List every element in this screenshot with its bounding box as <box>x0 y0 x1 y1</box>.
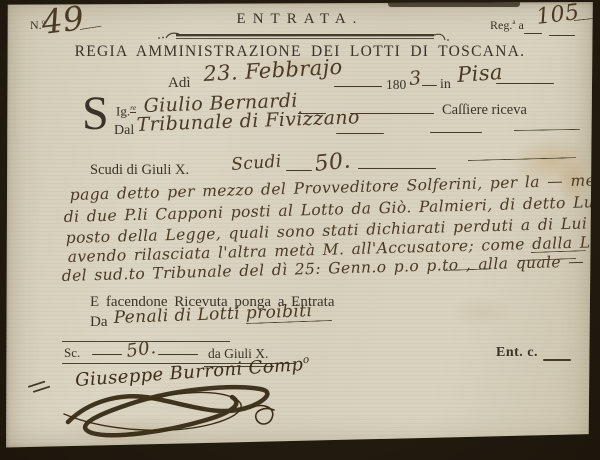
fill-line <box>543 359 571 361</box>
fill-line <box>92 354 122 355</box>
register-label-text: Reg. <box>490 18 512 32</box>
fill-line <box>514 129 580 131</box>
total-sc-label: Sc. <box>64 345 80 361</box>
ent-label: Ent. c. <box>496 345 538 361</box>
paraph-mark <box>33 385 51 392</box>
fill-line <box>158 354 198 355</box>
amount-hand-word: Scudi <box>231 152 283 175</box>
date-year-printed: 180 <box>386 77 406 93</box>
fill-line <box>549 35 575 36</box>
amount-printed-label: Scudi di Giuli X. <box>90 162 189 179</box>
scanned-document-frame: N.o 49 ENTRATA. Reg.a a 105 REGIA AMMINI… <box>0 0 600 460</box>
from-label: Dal <box>114 123 134 139</box>
fill-line <box>422 85 437 86</box>
register-label-a: a <box>518 18 523 32</box>
fill-line <box>358 168 436 169</box>
paper-stain <box>446 297 516 327</box>
date-year-hand: 3 <box>408 67 422 90</box>
fill-line <box>468 157 576 161</box>
sig-label: Ig.re <box>116 103 136 119</box>
receipt-paper: N.o 49 ENTRATA. Reg.a a 105 REGIA AMMINI… <box>6 2 594 448</box>
date-prefix: Adì <box>168 75 191 92</box>
total-sc-value: 50. <box>125 337 157 362</box>
sig-label-sup: re <box>130 103 136 113</box>
signature-name-sup: o <box>303 354 310 366</box>
account-label: Da <box>90 314 108 331</box>
top-edge-smudge <box>388 2 520 7</box>
sig-label-text: Ig. <box>116 103 130 118</box>
register-label: Reg.a a <box>490 18 524 33</box>
signature-flourish <box>54 382 290 442</box>
fill-line <box>524 33 542 34</box>
dropcap-initial: S <box>82 90 109 138</box>
fill-line <box>350 113 434 114</box>
fill-line <box>286 170 312 171</box>
amount-hand-value: 50. <box>313 148 352 177</box>
date-in-label: in <box>440 77 451 93</box>
title-rule <box>156 29 452 43</box>
cashier-label: Caſſiere riceva <box>442 102 527 119</box>
fill-line <box>336 133 384 134</box>
register-value: 105 <box>535 0 581 30</box>
fill-line <box>496 83 554 84</box>
fill-line <box>334 86 382 87</box>
register-label-sup: a <box>512 18 515 26</box>
fill-line <box>430 132 482 133</box>
